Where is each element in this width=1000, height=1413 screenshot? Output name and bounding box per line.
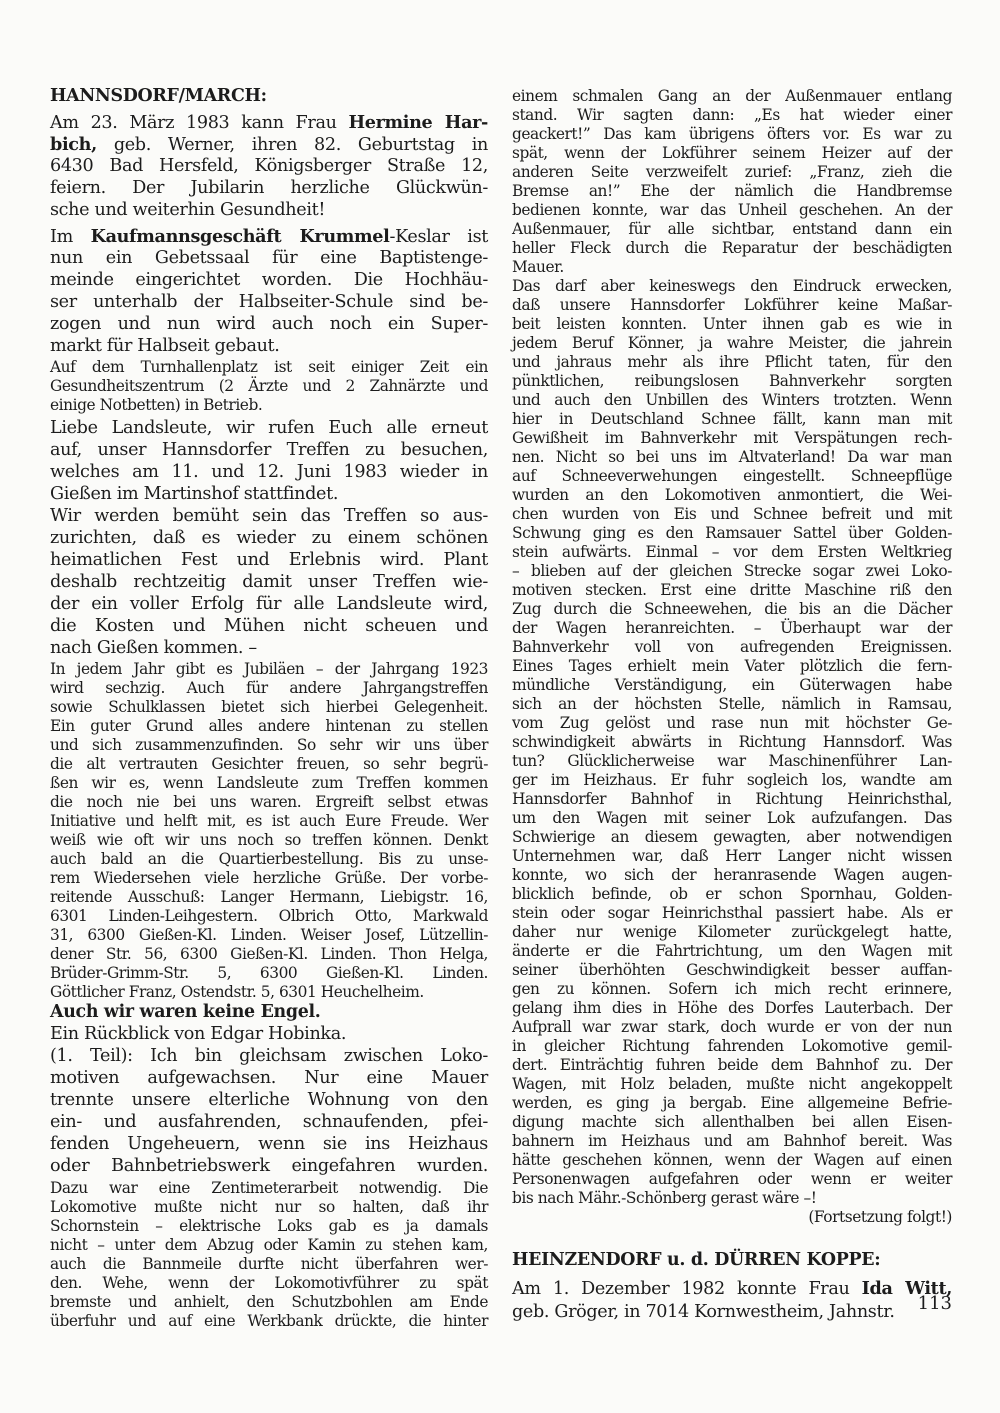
continuation-note: (Fortsetzung folgt!): [512, 1208, 952, 1226]
text-line: wird sechzig. Auch für andere Jahrgangst…: [50, 679, 488, 697]
text-line: stein aufwärts. Einmal – vor dem Ersten …: [512, 543, 952, 561]
text-line: Unternehmen war, daß Herr Langer nicht w…: [512, 847, 952, 865]
text-line: chen wurden von Eis und Schnee befreit u…: [512, 505, 952, 523]
text-line: Schornstein – elektrische Loks gab es ja…: [50, 1217, 488, 1235]
text-line: Göttlicher Franz, Ostendstr. 5, 6301 Heu…: [50, 983, 488, 1001]
text-line: Gesundheitszentrum (2 Ärzte und 2 Zahnär…: [50, 377, 488, 395]
text-line: welches am 11. und 12. Juni 1983 wieder …: [50, 462, 488, 482]
text-line: Mauer.: [512, 258, 952, 276]
text-line: der ein voller Erfolg für alle Landsleut…: [50, 594, 488, 614]
text-line: Am 23. März 1983 kann Frau Hermine Har-: [50, 112, 488, 133]
text-line: dener Str. 56, 6300 Gießen-Kl. Linden. T…: [50, 945, 488, 963]
text-line: stein oder sogar Heinrichsthal passiert …: [512, 904, 952, 922]
text-line: den. Wehe, wenn der Lokomotivführer zu s…: [50, 1274, 488, 1292]
text-line: gelang ihm dies in Höhe des Dorfes Laute…: [512, 999, 952, 1017]
text-line: geb. Gröger, in 7014 Kornwestheim, Jahns…: [512, 1302, 952, 1322]
text-line: die Kosten und Mühen nicht scheuen und: [50, 616, 488, 636]
text-line: (1. Teil): Ich bin gleichsam zwischen Lo…: [50, 1046, 488, 1066]
text-line: ser unterhalb der Halbseiter-Schule sind…: [50, 292, 488, 312]
text-line: und auch den Unbillen des Winters trotzt…: [512, 391, 952, 409]
text-line: spät, wenn der Lokführer seinem Heizer a…: [512, 144, 952, 162]
text-line: Schwierige an diesem gewagten, aber notw…: [512, 828, 952, 846]
text-line: Liebe Landsleute, wir rufen Euch alle er…: [50, 418, 488, 438]
text-line: Im Kaufmannsgeschäft Krummel-Keslar ist: [50, 226, 488, 247]
text-line: blicklich befinde, ob er schon Spornhau,…: [512, 885, 952, 903]
text-line: auf Schneeverwehungen eingestellt. Schne…: [512, 467, 952, 485]
text-line: bahnern im Heizhaus und am Bahnhof berei…: [512, 1132, 952, 1150]
text-line: In jedem Jahr gibt es Jubiläen – der Jah…: [50, 660, 488, 678]
text-line: daher nur wenige Kilometer zurückgelegt …: [512, 923, 952, 941]
text-line: auf, unser Hannsdorfer Treffen zu besuch…: [50, 440, 488, 460]
text-line: Bahnverkehr voll von aufregenden Ereigni…: [512, 638, 952, 656]
text-line: Eines Tages erhielt mein Vater plötzlich…: [512, 657, 952, 675]
text-line: Zug durch die Schneewehen, die bis an di…: [512, 600, 952, 618]
text-line: sich an der höchsten Stelle, nämlich in …: [512, 695, 952, 713]
text-line: feiern. Der Jubilarin herzliche Glückwün…: [50, 178, 488, 198]
section-heading: HEINZENDORF u. d. DÜRREN KOPPE:: [512, 1250, 952, 1270]
page-number: 113: [918, 1293, 952, 1314]
text-line: Dazu war eine Zentimeterarbeit notwendig…: [50, 1179, 488, 1197]
text-line: die alt vertrauten Gesichter freuen, so …: [50, 755, 488, 773]
text-line: bedienen konnte, war das Unheil geschehe…: [512, 201, 952, 219]
text-line: pünktlichen, reibungslosen Bahnverkehr s…: [512, 372, 952, 390]
text-line: um den Wagen mit seiner Lok aufzufangen.…: [512, 809, 952, 827]
text-line: tun? Glücklicherweise war Maschinenführe…: [512, 752, 952, 770]
text-line: Initiative und helft mit, es ist auch Eu…: [50, 812, 488, 830]
text-line: daß unsere Hannsdorfer Lokführer keine M…: [512, 296, 952, 314]
text-line: dert. Einträchtig fuhren beide dem Bahnh…: [512, 1056, 952, 1074]
text-line: meinde eingerichtet worden. Die Hochhäu-: [50, 270, 488, 290]
text-line: Außenmauer, für alle sichtbar, entstand …: [512, 220, 952, 238]
text-line: in gleicher Richtung fahrenden Lokomotiv…: [512, 1037, 952, 1055]
text-line: schwindigkeit abwärts in Richtung Hannsd…: [512, 733, 952, 751]
text-line: und sich zusammenzufinden. So sehr wir u…: [50, 736, 488, 754]
text-line: änderte er die Fahrtrichtung, um den Wag…: [512, 942, 952, 960]
text-line: zogen und nun wird auch noch ein Super-: [50, 314, 488, 334]
text-line: motiven aufgewachsen. Nur eine Mauer: [50, 1068, 488, 1088]
text-line: Am 1. Dezember 1982 konnte Frau Ida Witt…: [512, 1278, 952, 1299]
text-line: stand. Wir sagten dann: „Es hat wieder e…: [512, 106, 952, 124]
text-line: vom Zug gelöst und rase nun mit höchster…: [512, 714, 952, 732]
text-line: hätte geschehen können, wenn der Wagen a…: [512, 1151, 952, 1169]
text-line: bremste und anhielt, den Schutzbohlen am…: [50, 1293, 488, 1311]
text-line: werden, es ging ja bergab. Eine allgemei…: [512, 1094, 952, 1112]
text-line: 6301 Linden-Leihgestern. Olbrich Otto, M…: [50, 907, 488, 925]
text-line: Brüder-Grimm-Str. 5, 6300 Gießen-Kl. Lin…: [50, 964, 488, 982]
text-line: Personenwagen aufgefahren oder wenn er w…: [512, 1170, 952, 1188]
text-line: der Wagen heranreichten. – Überhaupt war…: [512, 619, 952, 637]
text-line: nen. Nicht so bei uns im Altvaterland! D…: [512, 448, 952, 466]
text-line: Bremse an!” Ehe der nämlich die Handbrem…: [512, 182, 952, 200]
text-line: geackert!” Das kam übrigens öfters vor. …: [512, 125, 952, 143]
text-line: einem schmalen Gang an der Außenmauer en…: [512, 87, 952, 105]
text-line: heimatlichen Fest und Erlebnis wird. Pla…: [50, 550, 488, 570]
text-line: Hannsdorfer Bahnhof in Richtung Heinrich…: [512, 790, 952, 808]
text-line: rem Wiedersehen viele herzliche Grüße. D…: [50, 869, 488, 887]
text-line: bis nach Mähr.-Schönberg gerast wäre –!: [512, 1189, 952, 1207]
text-line: digung machte sich allenthalben bei alle…: [512, 1113, 952, 1131]
text-line: die noch nie bei uns waren. Ergreift sel…: [50, 793, 488, 811]
text-line: fenden Ungeheuern, wenn sie ins Heizhaus: [50, 1134, 488, 1154]
text-line: – blieben auf der gleichen Strecke sogar…: [512, 562, 952, 580]
text-line: überfuhr und auf eine Werkbank drückte, …: [50, 1312, 488, 1330]
text-line: 6430 Bad Hersfeld, Königsberger Straße 1…: [50, 156, 488, 176]
text-line: heller Fleck durch die Reparatur der bes…: [512, 239, 952, 257]
text-line: seiner überhöhten Geschwindigkeit besser…: [512, 961, 952, 979]
text-line: sowie Schulklassen bietet sich hierbei G…: [50, 698, 488, 716]
text-line: weiß wie oft wir uns noch so treffen kön…: [50, 831, 488, 849]
text-line: einige Notbetten) in Betrieb.: [50, 396, 488, 414]
text-line: gen zu können. Sofern ich mich recht eri…: [512, 980, 952, 998]
text-line: wurden an den Lokomotiven anmontiert, di…: [512, 486, 952, 504]
text-line: und jahraus mehr als ihre Pflicht taten,…: [512, 353, 952, 371]
text-line: Aufprall war zwar stark, doch wurde er v…: [512, 1018, 952, 1036]
text-line: oder Bahnbetriebswerk eingefahren wurden…: [50, 1156, 488, 1176]
text-line: zurichten, daß es wieder zu einem schöne…: [50, 528, 488, 548]
text-line: jedem Beruf Könner, ja wahre Meister, di…: [512, 334, 952, 352]
text-line: Wir werden bemüht sein das Treffen so au…: [50, 506, 488, 526]
text-line: auch die Bannmeile durfte nicht überfahr…: [50, 1255, 488, 1273]
text-line: bich, geb. Werner, ihren 82. Geburtstag …: [50, 134, 488, 155]
text-line: anderen Seite verzweifelt zurief: „Franz…: [512, 163, 952, 181]
text-line: Das darf aber keineswegs den Eindruck er…: [512, 277, 952, 295]
section-heading: Auch wir waren keine Engel.: [50, 1002, 488, 1022]
text-line: konnte, wo sich der heranrasende Wagen a…: [512, 866, 952, 884]
text-line: Schwung ging es den Ramsauer Sattel über…: [512, 524, 952, 542]
text-line: nach Gießen kommen. –: [50, 638, 488, 658]
text-line: trennte unsere elterliche Wohnung von de…: [50, 1090, 488, 1110]
text-line: Ein Rückblick von Edgar Hobinka.: [50, 1024, 488, 1044]
text-line: ein- und ausfahrenden, schnaufenden, pfe…: [50, 1112, 488, 1132]
text-line: Auf dem Turnhallenplatz ist seit einiger…: [50, 358, 488, 376]
text-line: Wagen, mit Holz beladen, mußte nicht ang…: [512, 1075, 952, 1093]
text-line: sche und weiterhin Gesundheit!: [50, 200, 488, 220]
text-line: Gießen im Martinshof stattfindet.: [50, 484, 488, 504]
text-line: Ein guter Grund alles andere hintenan zu…: [50, 717, 488, 735]
text-line: deshalb rechtzeitig damit unser Treffen …: [50, 572, 488, 592]
text-line: motiven stecken. Erst eine dritte Maschi…: [512, 581, 952, 599]
text-line: auch bald an die Quartierbestellung. Bis…: [50, 850, 488, 868]
text-line: reitende Ausschuß: Langer Hermann, Liebi…: [50, 888, 488, 906]
text-line: beit leisten konnten. Unter ihnen gab es…: [512, 315, 952, 333]
text-line: markt für Halbseit gebaut.: [50, 336, 488, 356]
text-line: 31, 6300 Gießen-Kl. Linden. Weiser Josef…: [50, 926, 488, 944]
section-heading: HANNSDORF/MARCH:: [50, 86, 488, 106]
text-line: mündliche Verständigung, ein Güterwagen …: [512, 676, 952, 694]
text-line: ger im Heizhaus. Er fuhr sogleich los, w…: [512, 771, 952, 789]
text-line: hier in Deutschland Schnee fällt, kann m…: [512, 410, 952, 428]
text-line: nicht – unter dem Abzug oder Kamin zu st…: [50, 1236, 488, 1254]
text-line: Gewißheit im Bahnverkehr mit Verspätunge…: [512, 429, 952, 447]
text-line: Lokomotive mußte nicht nur so halten, da…: [50, 1198, 488, 1216]
text-line: ßen wir es, wenn Landsleute zum Treffen …: [50, 774, 488, 792]
text-line: nun ein Gebetssaal für eine Baptistenge-: [50, 248, 488, 268]
